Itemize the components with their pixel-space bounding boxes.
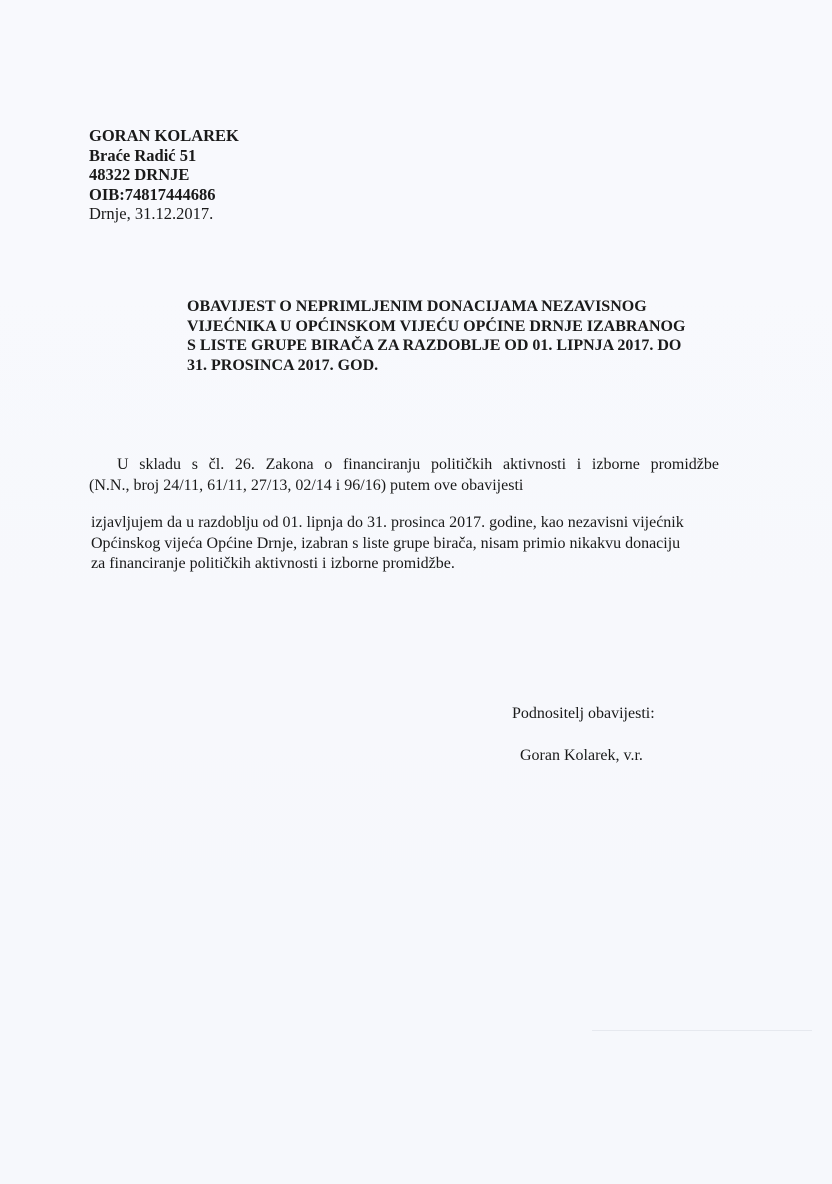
title-line: OBAVIJEST O NEPRIMLJENIM DONACIJAMA NEZA… bbox=[187, 297, 707, 317]
legal-basis-paragraph: U skladu s čl. 26. Zakona o financiranju… bbox=[89, 454, 719, 496]
paragraph-line: (N.N., broj 24/11, 61/11, 27/13, 02/14 i… bbox=[89, 475, 719, 496]
declaration-paragraph: izjavljujem da u razdoblju od 01. lipnja… bbox=[91, 513, 731, 575]
signature-name: Goran Kolarek, v.r. bbox=[512, 747, 655, 765]
title-line: S LISTE GRUPE BIRAČA ZA RAZDOBLJE OD 01.… bbox=[187, 336, 707, 356]
signature-role: Podnositelj obavijesti: bbox=[512, 705, 655, 723]
paragraph-line: izjavljujem da u razdoblju od 01. lipnja… bbox=[91, 513, 731, 534]
sender-city: 48322 DRNJE bbox=[89, 165, 239, 185]
sender-name: GORAN KOLAREK bbox=[89, 126, 239, 146]
sender-oib: OIB:74817444686 bbox=[89, 185, 239, 205]
document-page: GORAN KOLAREK Braće Radić 51 48322 DRNJE… bbox=[0, 0, 832, 1184]
title-line: 31. PROSINCA 2017. GOD. bbox=[187, 356, 707, 376]
place-and-date: Drnje, 31.12.2017. bbox=[89, 204, 239, 224]
document-title: OBAVIJEST O NEPRIMLJENIM DONACIJAMA NEZA… bbox=[187, 297, 707, 375]
sender-block: GORAN KOLAREK Braće Radić 51 48322 DRNJE… bbox=[89, 126, 239, 224]
title-line: VIJEĆNIKA U OPĆINSKOM VIJEĆU OPĆINE DRNJ… bbox=[187, 317, 707, 337]
scan-artifact-line bbox=[592, 1030, 812, 1031]
paragraph-line: Općinskog vijeća Općine Drnje, izabran s… bbox=[91, 534, 731, 555]
paragraph-line: U skladu s čl. 26. Zakona o financiranju… bbox=[89, 454, 719, 475]
signature-block: Podnositelj obavijesti: Goran Kolarek, v… bbox=[512, 705, 655, 765]
paragraph-line: za financiranje političkih aktivnosti i … bbox=[91, 554, 731, 575]
sender-street: Braće Radić 51 bbox=[89, 146, 239, 166]
